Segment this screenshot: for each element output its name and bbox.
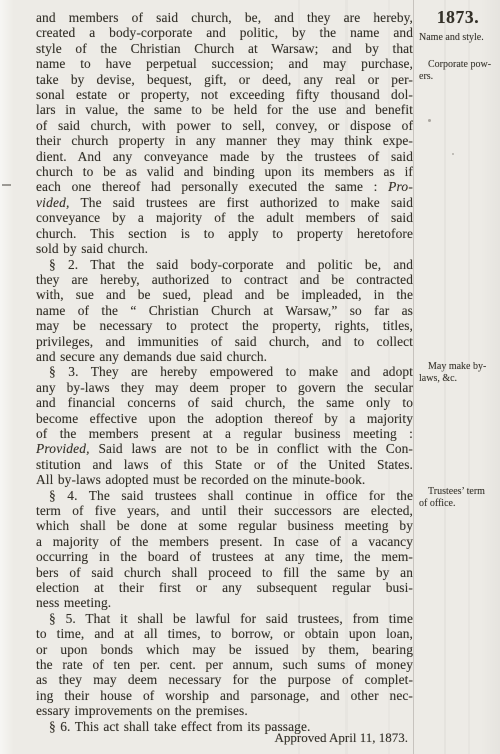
text-line: and secure any demands due said church.	[36, 349, 413, 364]
text-line: of the members present at a regular busi…	[36, 426, 413, 441]
text-line: dient. And any conveyance made by the tr…	[36, 149, 413, 164]
scanned-page: and members of said church, be, and they…	[0, 0, 500, 754]
text-line: church to be as valid and binding upon i…	[36, 164, 413, 179]
text-line: essary improvements on the premises.	[36, 703, 413, 718]
text-line: § 2. That the said body-corporate and po…	[36, 257, 413, 272]
text-line: as they may deem necessary for the purpo…	[36, 672, 413, 687]
text-line: All by-laws adopted must be recorded on …	[36, 472, 413, 487]
margin-note-corporate-powers: Corporate pow-ers.	[419, 59, 497, 82]
text-line: any by-laws they may deem proper to gove…	[36, 380, 413, 395]
act-text-column: and members of said church, be, and they…	[36, 10, 413, 734]
text-line: § 5. That it shall be lawful for said tr…	[36, 611, 413, 626]
text-line: each one thereof had personally executed…	[36, 179, 413, 194]
text-line: a majority of the members present. In ca…	[36, 534, 413, 549]
column-rule	[413, 0, 414, 754]
text-line: sonal estate or property, not exceeding …	[36, 87, 413, 102]
text-line: bers of said church shall proceed to fil…	[36, 565, 413, 580]
scan-artifact	[428, 119, 431, 122]
text-line: vided, The said trustees are first autho…	[36, 195, 413, 210]
approval-line: Approved April 11, 1873.	[36, 730, 413, 746]
text-line: occurring in the board of trustees at an…	[36, 549, 413, 564]
text-line: conveyance by a majority of the adult me…	[36, 210, 413, 225]
text-line: § 4. The said trustees shall continue in…	[36, 488, 413, 503]
text-line: of said church, with power to sell, conv…	[36, 118, 413, 133]
text-line: lars in value, the same to be held for t…	[36, 102, 413, 117]
text-line: sold by said church.	[36, 241, 413, 256]
text-line: become effective upon the adoption there…	[36, 411, 413, 426]
text-line: may be necessary to protect the property…	[36, 318, 413, 333]
text-line: ing their house of worship and parsonage…	[36, 688, 413, 703]
text-line: Provided, Said laws are not to be in con…	[36, 441, 413, 456]
year-heading: 1873.	[419, 7, 497, 28]
text-line: their church property in any manner they…	[36, 133, 413, 148]
text-line: and members of said church, be, and they…	[36, 10, 413, 25]
margin-note-trustees-term: Trustees’ termof office.	[419, 486, 497, 509]
text-line: with, sue and be sued, plead and be impl…	[36, 287, 413, 302]
scan-artifact	[2, 184, 11, 186]
text-line: stitution and laws of this State or of t…	[36, 457, 413, 472]
text-line: style of the Christian Church at Warsaw;…	[36, 41, 413, 56]
text-line: ness meeting.	[36, 595, 413, 610]
text-line: which shall be done at some regular busi…	[36, 518, 413, 533]
margin-note-bylaws: May make by-laws, &c.	[419, 361, 497, 384]
text-line: or upon bonds which may be issued by the…	[36, 642, 413, 657]
text-line: the rate of ten per. cent. per annum, su…	[36, 657, 413, 672]
text-line: name of the “ Christian Church at Warsaw…	[36, 303, 413, 318]
text-line: to time, and at all times, to borrow, or…	[36, 626, 413, 641]
text-line: created a body-corporate and politic, by…	[36, 25, 413, 40]
text-line: church. This section is to apply to prop…	[36, 226, 413, 241]
text-line: § 3. They are hereby empowered to make a…	[36, 364, 413, 379]
margin-note-name-and-style: Name and style.	[419, 32, 497, 44]
scan-artifact	[452, 153, 454, 155]
text-line: they are hereby, authorized to contract …	[36, 272, 413, 287]
text-line: name to have perpetual succession; and m…	[36, 56, 413, 71]
text-line: take by devise, bequest, gift, or deed, …	[36, 72, 413, 87]
text-line: term of five years, and until their succ…	[36, 503, 413, 518]
text-line: election at their first or any subsequen…	[36, 580, 413, 595]
text-line: and financial concerns of said church, t…	[36, 395, 413, 410]
text-line: privileges, and immunities of said churc…	[36, 334, 413, 349]
